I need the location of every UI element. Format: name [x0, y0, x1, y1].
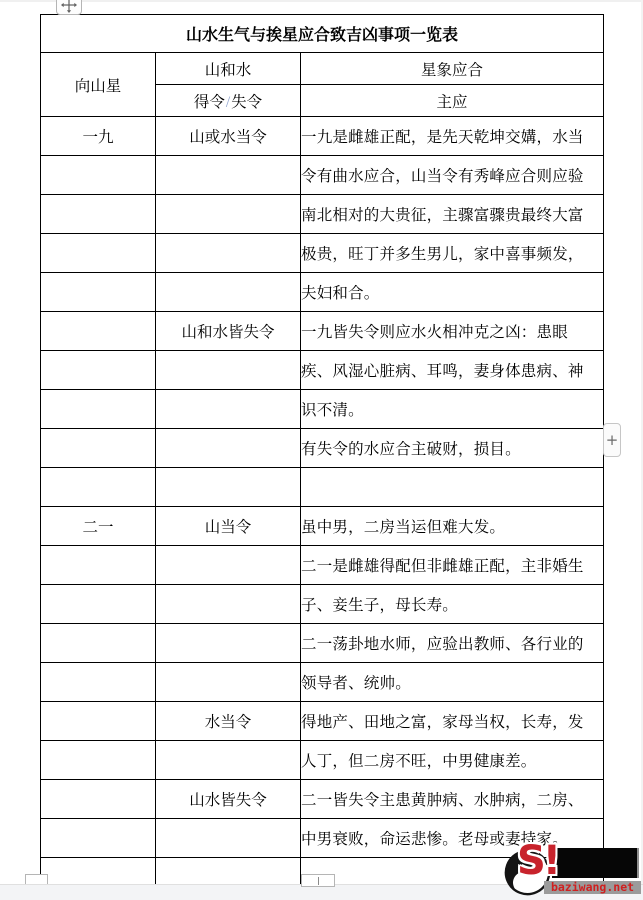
table-row: 二一山当令虽中男，二房当运但难大发。: [41, 507, 604, 546]
table-row: 领导者、统帅。: [41, 663, 604, 702]
table-row: [41, 468, 604, 507]
cell-facing-star[interactable]: [41, 585, 156, 624]
header-mountain-water[interactable]: 山和水: [156, 53, 301, 85]
table-row: 南北相对的大贵征，主骤富骤贵最终大富: [41, 195, 604, 234]
cell-main-response[interactable]: 虽中男，二房当运但难大发。: [301, 507, 604, 546]
cell-main-response[interactable]: 二一是雌雄得配但非雌雄正配，主非婚生: [301, 546, 604, 585]
cell-main-response[interactable]: 子、妾生子，母长寿。: [301, 585, 604, 624]
cell-facing-star[interactable]: [41, 741, 156, 780]
cell-facing-star[interactable]: [41, 663, 156, 702]
watermark-black-banner: [552, 848, 639, 878]
cell-facing-star[interactable]: [41, 390, 156, 429]
cell-facing-star[interactable]: [41, 546, 156, 585]
table-row: 夫妇和合。: [41, 273, 604, 312]
cell-facing-star[interactable]: [41, 273, 156, 312]
cell-facing-star[interactable]: [41, 195, 156, 234]
table-row: 二一是雌雄得配但非雌雄正配，主非婚生: [41, 546, 604, 585]
cell-main-response[interactable]: 识不清。: [301, 390, 604, 429]
cell-main-response[interactable]: 人丁，但二房不旺，中男健康差。: [301, 741, 604, 780]
resize-caret: [318, 877, 319, 885]
fengshui-table: 山水生气与挨星应合致吉凶事项一览表 向山星 山和水 星象应合 得令/失令 主应 …: [40, 14, 604, 897]
cell-order-status[interactable]: 山当令: [156, 507, 301, 546]
cell-order-status[interactable]: [156, 468, 301, 507]
table-row: 有失令的水应合主破财，损目。: [41, 429, 604, 468]
page-top-edge: [0, 0, 643, 2]
header-row-1: 向山星 山和水 星象应合: [41, 53, 604, 85]
cell-order-status[interactable]: [156, 819, 301, 858]
cell-main-response[interactable]: 有失令的水应合主破财，损目。: [301, 429, 604, 468]
table-row: 二一荡卦地水师，应验出教师、各行业的: [41, 624, 604, 663]
cell-main-response[interactable]: 夫妇和合。: [301, 273, 604, 312]
table-row: 令有曲水应合，山当令有秀峰应合则应验: [41, 156, 604, 195]
cell-facing-star[interactable]: [41, 312, 156, 351]
table-row: 山和水皆失令一九皆失令则应水火相冲克之凶：患眼: [41, 312, 604, 351]
cell-order-status[interactable]: [156, 273, 301, 312]
cell-order-status[interactable]: [156, 624, 301, 663]
order-post-label: 失令: [231, 94, 262, 111]
table-row: 疾、风湿心脏病、耳鸣，妻身体患病、神: [41, 351, 604, 390]
cell-order-status[interactable]: 水当令: [156, 702, 301, 741]
cell-main-response[interactable]: 南北相对的大贵征，主骤富骤贵最终大富: [301, 195, 604, 234]
cell-order-status[interactable]: [156, 390, 301, 429]
cell-facing-star[interactable]: [41, 780, 156, 819]
table-row: 极贵，旺丁并多生男儿，家中喜事频发，: [41, 234, 604, 273]
cell-facing-star[interactable]: [41, 156, 156, 195]
cell-order-status[interactable]: [156, 429, 301, 468]
table-move-handle[interactable]: [56, 0, 82, 15]
cell-main-response[interactable]: 一九是雌雄正配，是先天乾坤交媾，水当: [301, 117, 604, 156]
move-icon: [61, 0, 77, 13]
header-mountain-star[interactable]: 向山星: [41, 53, 156, 117]
table-row: 水当令得地产、田地之富，家母当权，长寿，发: [41, 702, 604, 741]
insert-row-button[interactable]: +: [603, 423, 621, 457]
cell-facing-star[interactable]: [41, 624, 156, 663]
table-row: 子、妾生子，母长寿。: [41, 585, 604, 624]
cell-order-status[interactable]: 山水皆失令: [156, 780, 301, 819]
cell-facing-star[interactable]: [41, 429, 156, 468]
cell-facing-star[interactable]: [41, 819, 156, 858]
cell-main-response[interactable]: 二一荡卦地水师，应验出教师、各行业的: [301, 624, 604, 663]
watermark-site-url: baziwang.net: [544, 881, 641, 894]
cell-main-response[interactable]: 令有曲水应合，山当令有秀峰应合则应验: [301, 156, 604, 195]
table-row: 人丁，但二房不旺，中男健康差。: [41, 741, 604, 780]
table-body: 一九山或水当令一九是雌雄正配，是先天乾坤交媾，水当令有曲水应合，山当令有秀峰应合…: [41, 117, 604, 897]
header-main-response[interactable]: 主应: [301, 85, 604, 117]
cell-order-status[interactable]: [156, 585, 301, 624]
plus-icon: +: [606, 431, 619, 449]
cell-facing-star[interactable]: [41, 351, 156, 390]
cell-order-status[interactable]: 山和水皆失令: [156, 312, 301, 351]
order-pre-label: 得令: [194, 94, 225, 111]
cell-facing-star[interactable]: [41, 702, 156, 741]
cell-order-status[interactable]: [156, 234, 301, 273]
cell-facing-star[interactable]: [41, 468, 156, 507]
cell-main-response[interactable]: [301, 468, 604, 507]
cell-order-status[interactable]: [156, 663, 301, 702]
cell-facing-star[interactable]: [41, 234, 156, 273]
cell-facing-star[interactable]: 一九: [41, 117, 156, 156]
cell-main-response[interactable]: 二一皆失令主患黄肿病、水肿病，二房、: [301, 780, 604, 819]
table-row: 山水皆失令二一皆失令主患黄肿病、水肿病，二房、: [41, 780, 604, 819]
cell-main-response[interactable]: 疾、风湿心脏病、耳鸣，妻身体患病、神: [301, 351, 604, 390]
header-star-response[interactable]: 星象应合: [301, 53, 604, 85]
table-resize-handle-mid[interactable]: [301, 874, 335, 887]
title-row: 山水生气与挨星应合致吉凶事项一览表: [41, 15, 604, 53]
watermark-logo-letter: S!: [517, 841, 558, 881]
table-row: 一九山或水当令一九是雌雄正配，是先天乾坤交媾，水当: [41, 117, 604, 156]
header-order-status[interactable]: 得令/失令: [156, 85, 301, 117]
cell-order-status[interactable]: [156, 156, 301, 195]
cell-order-status[interactable]: 山或水当令: [156, 117, 301, 156]
cell-order-status[interactable]: [156, 195, 301, 234]
cell-main-response[interactable]: 领导者、统帅。: [301, 663, 604, 702]
cell-order-status[interactable]: [156, 741, 301, 780]
cell-main-response[interactable]: 极贵，旺丁并多生男儿，家中喜事频发，: [301, 234, 604, 273]
table-title: 山水生气与挨星应合致吉凶事项一览表: [41, 15, 604, 53]
table-row: 识不清。: [41, 390, 604, 429]
cell-main-response[interactable]: 一九皆失令则应水火相冲克之凶：患眼: [301, 312, 604, 351]
cell-order-status[interactable]: [156, 546, 301, 585]
cell-order-status[interactable]: [156, 351, 301, 390]
cell-main-response[interactable]: 得地产、田地之富，家母当权，长寿，发: [301, 702, 604, 741]
cell-facing-star[interactable]: 二一: [41, 507, 156, 546]
